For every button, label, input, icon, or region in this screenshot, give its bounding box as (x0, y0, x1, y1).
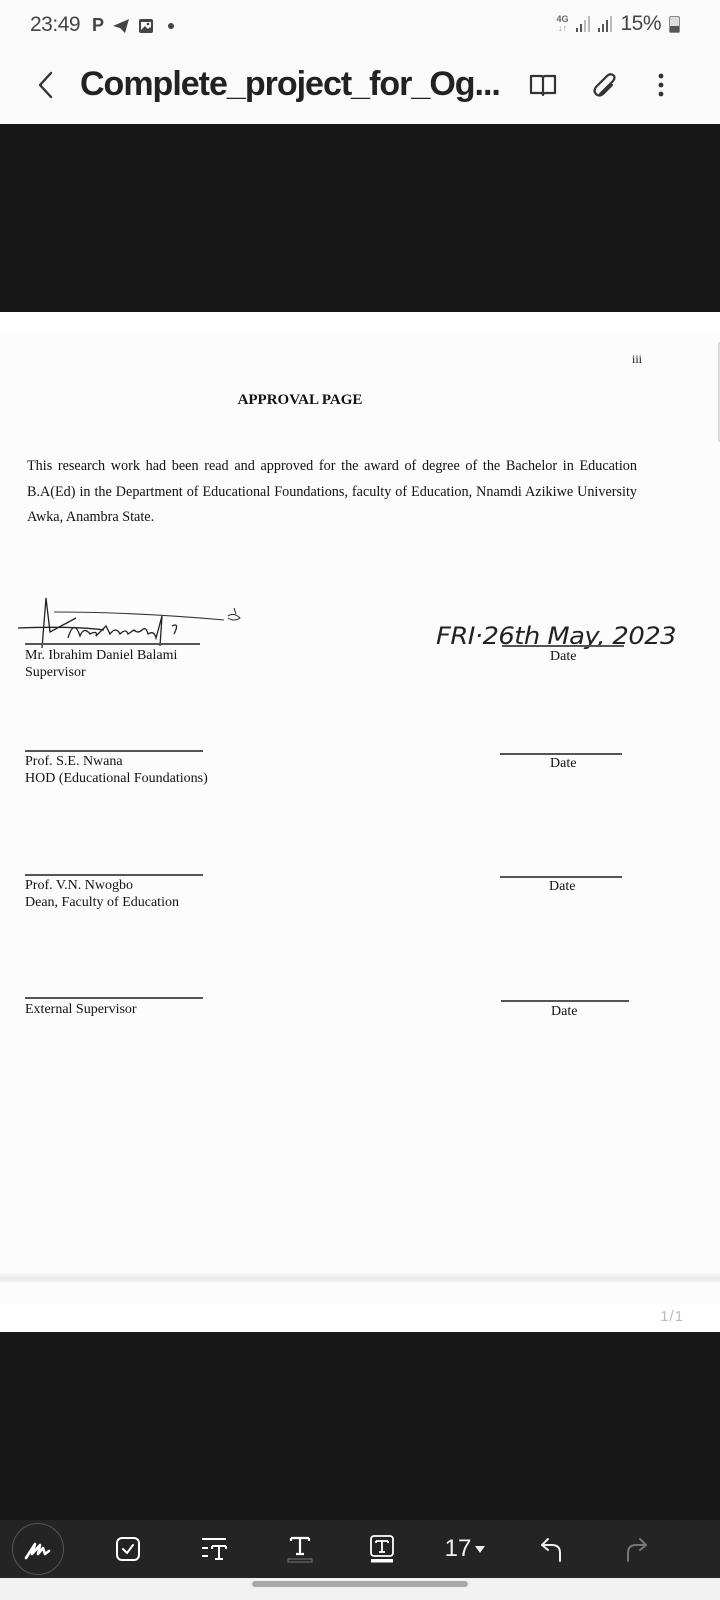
reading-mode-icon[interactable] (526, 68, 560, 102)
annotation-toolbar: 17 (0, 1520, 720, 1578)
date-label: Date (549, 879, 575, 895)
signatory-4: External Supervisor (25, 1001, 137, 1018)
date-label: Date (550, 649, 576, 665)
text-box-tool-button[interactable] (364, 1520, 400, 1578)
signatory-3: Prof. V.N. Nwogbo Dean, Faculty of Educa… (25, 877, 179, 911)
battery-percent: 15% (620, 12, 661, 36)
network-type-icon: 4G ↓↑ (556, 15, 568, 33)
battery-charging-icon (669, 16, 680, 33)
font-size-dropdown[interactable]: 17 (440, 1520, 490, 1578)
font-size-value: 17 (445, 1535, 472, 1563)
status-bar: 23:49 P 4G ↓↑ 15% (0, 0, 720, 50)
text-format-tool-button[interactable] (196, 1520, 232, 1578)
page-counter: 1/1 (660, 1308, 684, 1325)
redo-icon (622, 1535, 650, 1563)
viewer-background-top (0, 124, 720, 312)
more-vertical-icon[interactable] (644, 68, 678, 102)
status-time: 23:49 (30, 13, 80, 37)
text-underline-icon (286, 1534, 314, 1564)
date-line (502, 645, 624, 647)
document-page[interactable]: iii APPROVAL PAGE This research work had… (0, 332, 720, 1304)
dot-icon (168, 23, 174, 29)
date-label: Date (551, 1004, 577, 1020)
approval-statement: This research work had been read and app… (27, 454, 637, 531)
undo-button[interactable] (534, 1520, 570, 1578)
checkbox-icon (115, 1536, 141, 1562)
text-box-icon (368, 1534, 396, 1564)
home-gesture-handle[interactable] (252, 1581, 468, 1587)
pen-tool-icon (23, 1538, 53, 1560)
date-line (500, 876, 622, 878)
signature-line (25, 750, 203, 752)
pen-tool-button[interactable] (12, 1523, 64, 1575)
signature-line (25, 997, 203, 999)
attachment-icon[interactable] (588, 68, 622, 102)
chevron-left-icon[interactable] (30, 68, 64, 102)
document-title: Complete_project_for_Og... (80, 65, 512, 104)
gallery-icon (138, 18, 154, 34)
telegram-icon (112, 18, 130, 34)
date-line (500, 753, 622, 755)
viewer-background-bottom (0, 1332, 720, 1520)
signature-line (25, 874, 203, 876)
redo-button[interactable] (618, 1520, 654, 1578)
page-number-roman: iii (632, 352, 642, 367)
p-app-icon: P (92, 15, 104, 36)
checkbox-tool-button[interactable] (110, 1520, 146, 1578)
text-format-icon (200, 1536, 228, 1562)
undo-icon (538, 1535, 566, 1563)
date-line (501, 1000, 629, 1002)
signatory-2: Prof. S.E. Nwana HOD (Educational Founda… (25, 753, 208, 787)
supervisor-signature (14, 590, 254, 650)
chevron-down-icon (475, 1546, 485, 1553)
text-tool-button[interactable] (282, 1520, 318, 1578)
system-indicators: 4G ↓↑ 15% (556, 12, 680, 36)
app-header: Complete_project_for_Og... (0, 50, 720, 124)
signal-strength-icon-2 (598, 16, 612, 32)
signal-strength-icon-1 (576, 16, 590, 32)
signature-line (25, 643, 200, 645)
notification-icons: P (92, 15, 174, 36)
page-heading: APPROVAL PAGE (0, 392, 600, 409)
date-label: Date (550, 756, 576, 772)
signatory-1: Mr. Ibrahim Daniel Balami Supervisor (25, 647, 177, 681)
system-nav-bar (0, 1578, 720, 1600)
